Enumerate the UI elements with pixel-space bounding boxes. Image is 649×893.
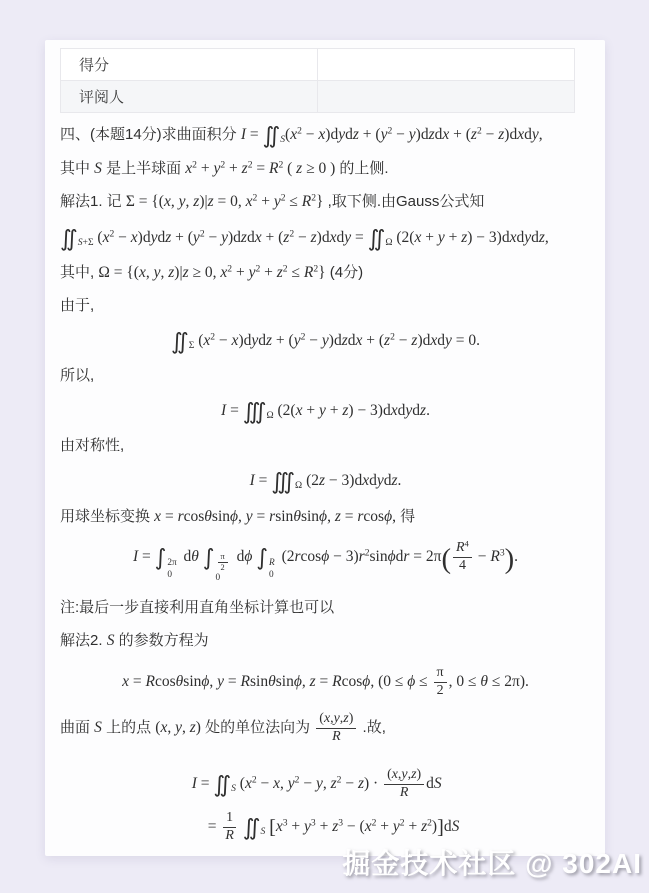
paragraph: 用球坐标变换 x = rcosθsinϕ, y = rsinθsinϕ, z =… bbox=[60, 505, 591, 529]
score-row: 得分 bbox=[61, 49, 575, 81]
display-equation: ∬Σ (x2 − x)dydz + (y2 − y)dzdx + (z2 − z… bbox=[60, 329, 591, 353]
math-segment: S bbox=[94, 719, 102, 736]
text-segment: 注:最后一步直接利用直角坐标计算也可以 bbox=[60, 599, 334, 616]
text-segment: 其中 bbox=[60, 160, 94, 177]
text-segment: 用球坐标变换 bbox=[60, 508, 154, 525]
paragraph: 其中, Ω = {(x, y, z)|z ≥ 0, x2 + y2 + z2 ≤… bbox=[60, 261, 591, 285]
math-segment: (x,y,z)R bbox=[314, 719, 358, 736]
text-segment: 解法2. bbox=[60, 632, 107, 649]
display-equation: I = ∫2π0 dθ ∫π20 dϕ ∫R0 (2rcosϕ − 3)r2si… bbox=[60, 540, 591, 585]
paragraph: 所以, bbox=[60, 365, 591, 388]
text-segment: 四、(本题14分)求曲面积分 bbox=[60, 126, 241, 143]
text-segment: (4分) bbox=[326, 264, 364, 281]
text-segment: 处的单位法向为 bbox=[201, 719, 314, 736]
text-segment: 由于, bbox=[60, 297, 94, 314]
score-value bbox=[318, 49, 575, 81]
text-segment: 曲面 bbox=[60, 719, 94, 736]
math-segment: x = rcosθsinϕ, y = rsinθsinϕ, z = rcosϕ, bbox=[154, 508, 396, 525]
display-equation: I = ∭Ω (2z − 3)dxdydz. bbox=[60, 469, 591, 493]
paragraph: 解法1. 记 Σ = {(x, y, z)|z = 0, x2 + y2 ≤ R… bbox=[60, 190, 591, 214]
math-segment: Ω = {(x, y, z)|z ≥ 0, x2 + y2 + z2 ≤ R2} bbox=[98, 264, 325, 281]
math-segment: I = ∭Ω (2(x + y + z) − 3)dxdydz. bbox=[221, 402, 430, 419]
text-segment: 所以, bbox=[60, 367, 94, 384]
paragraph: 注:最后一步直接利用直角坐标计算也可以 bbox=[60, 597, 591, 620]
document-body: 四、(本题14分)求曲面积分 I = ∬S(x2 − x)dydz + (y2 … bbox=[60, 123, 591, 856]
math-segment: ∬Σ (x2 − x)dydz + (y2 − y)dzdx + (z2 − z… bbox=[171, 332, 480, 349]
reviewer-value bbox=[318, 81, 575, 113]
score-table: 得分 评阅人 bbox=[60, 48, 575, 113]
text-segment: 得 bbox=[396, 508, 415, 525]
reviewer-label: 评阅人 bbox=[61, 81, 318, 113]
math-segment: Σ = {(x, y, z)|z = 0, x2 + y2 ≤ R2} bbox=[126, 193, 324, 210]
math-segment: I = ∬S(x2 − x)dydz + (y2 − y)dzdx + (z2 … bbox=[241, 126, 543, 143]
text-segment: .故, bbox=[358, 719, 386, 736]
score-label: 得分 bbox=[61, 49, 318, 81]
display-equation: x = Rcosθsinϕ, y = Rsinθsinϕ, z = Rcosϕ,… bbox=[60, 665, 591, 699]
math-segment: ∬S+Σ (x2 − x)dydz + (y2 − y)dzdx + (z2 −… bbox=[60, 229, 549, 246]
text-segment: 由对称性, bbox=[60, 437, 124, 454]
math-segment: S bbox=[94, 160, 102, 177]
text-segment: 其中, bbox=[60, 264, 98, 281]
text-segment: 的上侧. bbox=[335, 160, 388, 177]
math-segment: (x, y, z) bbox=[155, 719, 201, 736]
paragraph: 解法2. S 的参数方程为 bbox=[60, 629, 591, 653]
text-segment: 上的点 bbox=[102, 719, 155, 736]
display-equation: ∬S+Σ (x2 − x)dydz + (y2 − y)dzdx + (z2 −… bbox=[60, 226, 591, 250]
text-segment: 是上半球面 bbox=[102, 160, 185, 177]
display-equation: I = ∭Ω (2(x + y + z) − 3)dxdydz. bbox=[60, 399, 591, 423]
math-segment: I = ∭Ω (2z − 3)dxdydz. bbox=[250, 472, 402, 489]
equation-line: I = ∬S (x2 − x, y2 − y, z2 − z) · (x,y,z… bbox=[192, 767, 460, 801]
paragraph: 四、(本题14分)求曲面积分 I = ∬S(x2 − x)dydz + (y2 … bbox=[60, 123, 591, 147]
math-segment: x = Rcosθsinϕ, y = Rsinθsinϕ, z = Rcosϕ,… bbox=[122, 673, 529, 690]
math-segment: I = ∫2π0 dθ ∫π20 dϕ ∫R0 (2rcosϕ − 3)r2si… bbox=[133, 548, 518, 565]
paragraph: 曲面 S 上的点 (x, y, z) 处的单位法向为 (x,y,z)R .故, bbox=[60, 711, 591, 745]
paragraph: 由对称性, bbox=[60, 435, 591, 458]
watermark: 掘金技术社区 @ 302AI bbox=[342, 842, 642, 882]
exam-sheet-card: 得分 评阅人 四、(本题14分)求曲面积分 I = ∬S(x2 − x)dydz… bbox=[45, 40, 605, 856]
text-segment: ,取下侧.由Gauss公式知 bbox=[323, 193, 484, 210]
equation-line: = 1R ∬S [x3 + y3 + z3 − (x2 + y2 + z2)]d… bbox=[192, 810, 460, 844]
text-segment: 的参数方程为 bbox=[114, 632, 208, 649]
paragraph: 其中 S 是上半球面 x2 + y2 + z2 = R2 ( z ≥ 0 ) 的… bbox=[60, 157, 591, 181]
text-segment: 解法1. 记 bbox=[60, 193, 126, 210]
reviewer-row: 评阅人 bbox=[61, 81, 575, 113]
math-segment: x2 + y2 + z2 = R2 ( z ≥ 0 ) bbox=[185, 160, 335, 177]
paragraph: 由于, bbox=[60, 295, 591, 318]
